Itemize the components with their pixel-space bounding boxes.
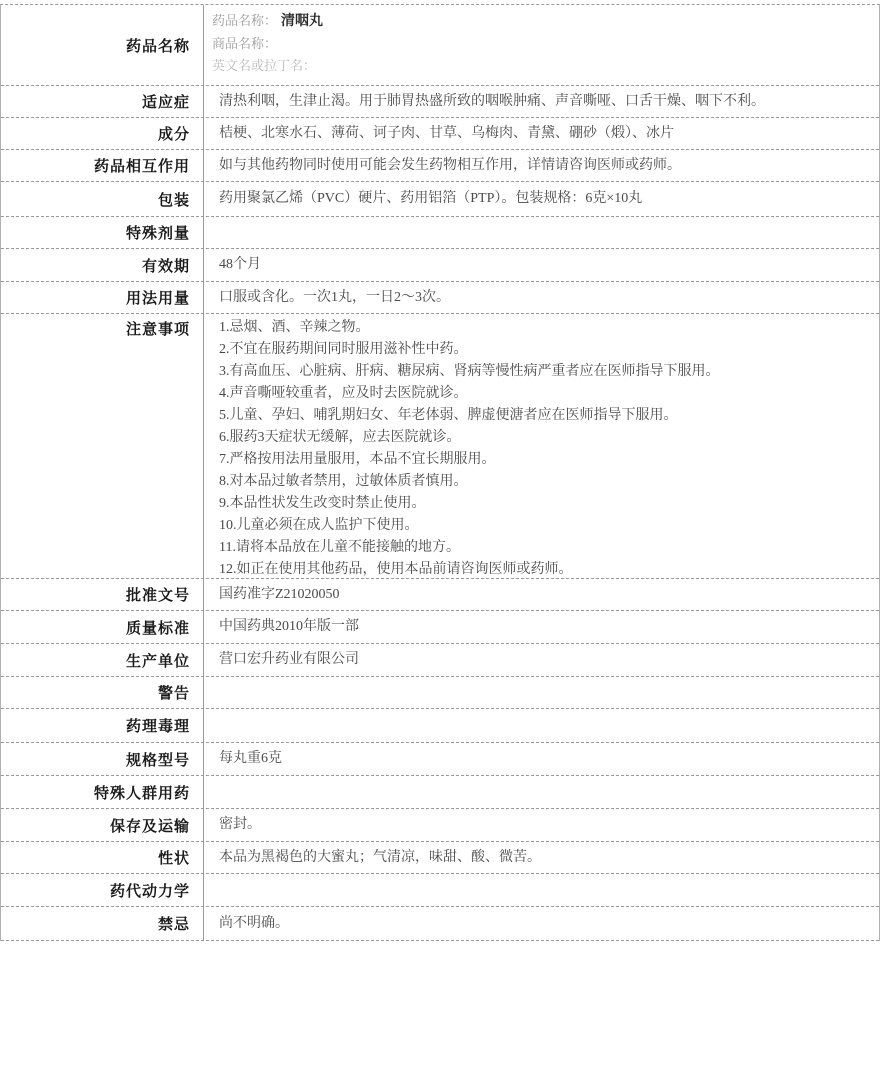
- row-label-cell: 生产单位: [1, 644, 204, 676]
- precaution-line: 8.对本品过敏者禁用，过敏体质者慎用。: [219, 471, 869, 493]
- row-label-cell: 规格型号: [1, 743, 204, 775]
- row-label-cell: 注意事项: [1, 314, 204, 578]
- row-label: 生产单位: [126, 650, 190, 671]
- field-key: 英文名或拉丁名：: [212, 58, 316, 73]
- table-row: 有效期48个月: [1, 249, 879, 282]
- row-label: 特殊人群用药: [94, 782, 190, 803]
- content-text: 本品为黑褐色的大蜜丸；气清凉，味甜、酸、微苦。: [219, 848, 541, 868]
- row-label: 有效期: [142, 255, 190, 276]
- precaution-line: 7.严格按用法用量服用，本品不宜长期服用。: [219, 449, 869, 471]
- precaution-line: 3.有高血压、心脏病、肝病、糖尿病、肾病等慢性病严重者应在医师指导下服用。: [219, 361, 869, 383]
- field-key: 药品名称：: [212, 13, 277, 28]
- row-content: [204, 677, 879, 708]
- row-label: 保存及运输: [110, 815, 190, 836]
- precaution-line: 6.服药3天症状无缓解，应去医院就诊。: [219, 427, 869, 449]
- field-key: 商品名称：: [212, 36, 277, 51]
- row-content: 尚不明确。: [204, 907, 879, 940]
- precaution-line: 4.声音嘶哑较重者，应及时去医院就诊。: [219, 383, 869, 405]
- table-row: 成分桔梗、北寒水石、薄荷、诃子肉、甘草、乌梅肉、青黛、硼砂（煅）、冰片: [1, 118, 879, 150]
- precaution-line: 1.忌烟、酒、辛辣之物。: [219, 317, 869, 339]
- row-label: 注意事项: [126, 318, 190, 339]
- row-label-cell: 质量标准: [1, 611, 204, 643]
- row-content: 本品为黑褐色的大蜜丸；气清凉，味甜、酸、微苦。: [204, 842, 879, 873]
- row-content: [204, 776, 879, 808]
- content-text: 国药准字Z21020050: [219, 585, 340, 605]
- row-label-cell: 药理毒理: [1, 709, 204, 742]
- content-text: 如与其他药物同时使用可能会发生药物相互作用，详情请咨询医师或药师。: [219, 156, 681, 176]
- precaution-line: 10.儿童必须在成人监护下使用。: [219, 515, 869, 537]
- table-row: 药品名称药品名称：清咽丸商品名称：英文名或拉丁名：: [1, 5, 879, 86]
- row-content: 药品名称：清咽丸商品名称：英文名或拉丁名：: [204, 5, 879, 85]
- name-field-line: 商品名称：: [212, 33, 869, 55]
- row-label-cell: 药品名称: [1, 5, 204, 85]
- row-content: [204, 709, 879, 742]
- row-label: 性状: [158, 847, 190, 868]
- name-field-line: 英文名或拉丁名：: [212, 55, 869, 77]
- name-field-line: 药品名称：清咽丸: [212, 10, 869, 33]
- row-content: [204, 874, 879, 906]
- row-content: 1.忌烟、酒、辛辣之物。2.不宜在服药期间同时服用滋补性中药。3.有高血压、心脏…: [204, 314, 879, 578]
- precaution-line: 2.不宜在服药期间同时服用滋补性中药。: [219, 339, 869, 361]
- row-label: 药代动力学: [110, 880, 190, 901]
- row-label: 药理毒理: [126, 715, 190, 736]
- table-row: 生产单位营口宏升药业有限公司: [1, 644, 879, 677]
- table-row: 警告: [1, 677, 879, 709]
- table-row: 药代动力学: [1, 874, 879, 907]
- precaution-line: 11.请将本品放在儿童不能接触的地方。: [219, 537, 869, 559]
- row-label-cell: 包装: [1, 182, 204, 216]
- table-row: 药品相互作用如与其他药物同时使用可能会发生药物相互作用，详情请咨询医师或药师。: [1, 150, 879, 182]
- row-label-cell: 成分: [1, 118, 204, 149]
- precaution-line: 5.儿童、孕妇、哺乳期妇女、年老体弱、脾虚便溏者应在医师指导下服用。: [219, 405, 869, 427]
- row-content: 国药准字Z21020050: [204, 579, 879, 610]
- row-label: 药品相互作用: [94, 155, 190, 176]
- precaution-line: 9.本品性状发生改变时禁止使用。: [219, 493, 869, 515]
- table-row: 适应症清热利咽，生津止渴。用于肺胃热盛所致的咽喉肿痛、声音嘶哑、口舌干燥、咽下不…: [1, 86, 879, 118]
- row-content: 48个月: [204, 249, 879, 281]
- row-content: 中国药典2010年版一部: [204, 611, 879, 643]
- precaution-line: 12.如正在使用其他药品，使用本品前请咨询医师或药师。: [219, 559, 869, 581]
- row-label-cell: 药品相互作用: [1, 150, 204, 181]
- table-row: 保存及运输密封。: [1, 809, 879, 842]
- row-label: 质量标准: [126, 617, 190, 638]
- row-content: 密封。: [204, 809, 879, 841]
- row-content: 清热利咽，生津止渴。用于肺胃热盛所致的咽喉肿痛、声音嘶哑、口舌干燥、咽下不利。: [204, 86, 879, 117]
- content-text: 药用聚氯乙烯（PVC）硬片、药用铝箔（PTP）。包装规格：6克×10丸: [219, 189, 642, 209]
- content-text: 口服或含化。一次1丸，一日2～3次。: [219, 288, 450, 308]
- table-row: 包装药用聚氯乙烯（PVC）硬片、药用铝箔（PTP）。包装规格：6克×10丸: [1, 182, 879, 217]
- content-text: 尚不明确。: [219, 914, 289, 934]
- row-label-cell: 性状: [1, 842, 204, 873]
- row-label: 包装: [158, 189, 190, 210]
- content-text: 桔梗、北寒水石、薄荷、诃子肉、甘草、乌梅肉、青黛、硼砂（煅）、冰片: [219, 124, 674, 144]
- row-label-cell: 警告: [1, 677, 204, 708]
- content-text: 中国药典2010年版一部: [219, 617, 359, 637]
- row-label: 药品名称: [126, 35, 190, 56]
- row-label: 禁忌: [158, 913, 190, 934]
- table-row: 批准文号国药准字Z21020050: [1, 579, 879, 611]
- row-label-cell: 适应症: [1, 86, 204, 117]
- row-label: 成分: [158, 123, 190, 144]
- table-row: 禁忌尚不明确。: [1, 907, 879, 941]
- row-label-cell: 药代动力学: [1, 874, 204, 906]
- row-label-cell: 特殊剂量: [1, 217, 204, 248]
- row-content: 如与其他药物同时使用可能会发生药物相互作用，详情请咨询医师或药师。: [204, 150, 879, 181]
- content-text: 清热利咽，生津止渴。用于肺胃热盛所致的咽喉肿痛、声音嘶哑、口舌干燥、咽下不利。: [219, 92, 765, 112]
- row-label-cell: 有效期: [1, 249, 204, 281]
- content-text: 每丸重6克: [219, 749, 282, 769]
- table-row: 用法用量口服或含化。一次1丸，一日2～3次。: [1, 282, 879, 314]
- table-row: 药理毒理: [1, 709, 879, 743]
- row-content: 桔梗、北寒水石、薄荷、诃子肉、甘草、乌梅肉、青黛、硼砂（煅）、冰片: [204, 118, 879, 149]
- row-content: 营口宏升药业有限公司: [204, 644, 879, 676]
- row-label: 规格型号: [126, 749, 190, 770]
- content-text: 营口宏升药业有限公司: [219, 650, 359, 670]
- table-row: 特殊人群用药: [1, 776, 879, 809]
- table-row: 注意事项1.忌烟、酒、辛辣之物。2.不宜在服药期间同时服用滋补性中药。3.有高血…: [1, 314, 879, 579]
- row-label: 警告: [158, 682, 190, 703]
- row-label-cell: 批准文号: [1, 579, 204, 610]
- row-label: 批准文号: [126, 584, 190, 605]
- row-label: 适应症: [142, 91, 190, 112]
- row-label: 用法用量: [126, 287, 190, 308]
- row-label-cell: 禁忌: [1, 907, 204, 940]
- row-label: 特殊剂量: [126, 222, 190, 243]
- table-row: 性状本品为黑褐色的大蜜丸；气清凉，味甜、酸、微苦。: [1, 842, 879, 874]
- row-content: 每丸重6克: [204, 743, 879, 775]
- content-text: 48个月: [219, 255, 261, 275]
- row-content: [204, 217, 879, 248]
- row-content: 口服或含化。一次1丸，一日2～3次。: [204, 282, 879, 313]
- content-text: 密封。: [219, 815, 261, 835]
- table-row: 规格型号每丸重6克: [1, 743, 879, 776]
- row-content: 药用聚氯乙烯（PVC）硬片、药用铝箔（PTP）。包装规格：6克×10丸: [204, 182, 879, 216]
- row-label-cell: 保存及运输: [1, 809, 204, 841]
- field-value: 清咽丸: [281, 14, 323, 29]
- table-row: 特殊剂量: [1, 217, 879, 249]
- row-label-cell: 用法用量: [1, 282, 204, 313]
- row-label-cell: 特殊人群用药: [1, 776, 204, 808]
- drug-info-table: 药品名称药品名称：清咽丸商品名称：英文名或拉丁名：适应症清热利咽，生津止渴。用于…: [0, 4, 880, 941]
- table-row: 质量标准中国药典2010年版一部: [1, 611, 879, 644]
